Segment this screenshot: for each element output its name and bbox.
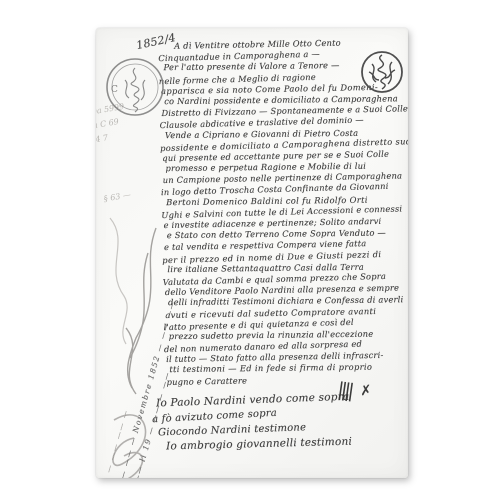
dark-ink-seal-stamp xyxy=(360,50,404,94)
tally-strokes-mark: |||| xyxy=(337,378,354,402)
embossed-eagle-seal-stamp: C xyxy=(105,56,165,118)
signature-line: Io ambrogio giovannelli testimoni xyxy=(166,436,352,454)
signature-block: Io Paolo Nardini vendo come sopraa fò av… xyxy=(156,394,352,451)
product-photo-canvas: C 1852/4 Da 5999a C 694 7§ 63 — — —— — N… xyxy=(0,0,500,500)
signature-marks: ||||✗ xyxy=(338,380,372,399)
seal-letter: C xyxy=(111,85,118,95)
pencil-note-line: § 63 — xyxy=(103,186,141,206)
manuscript-sheet: C 1852/4 Da 5999a C 694 7§ 63 — — —— — N… xyxy=(96,28,408,478)
cross-mark: ✗ xyxy=(359,382,372,399)
